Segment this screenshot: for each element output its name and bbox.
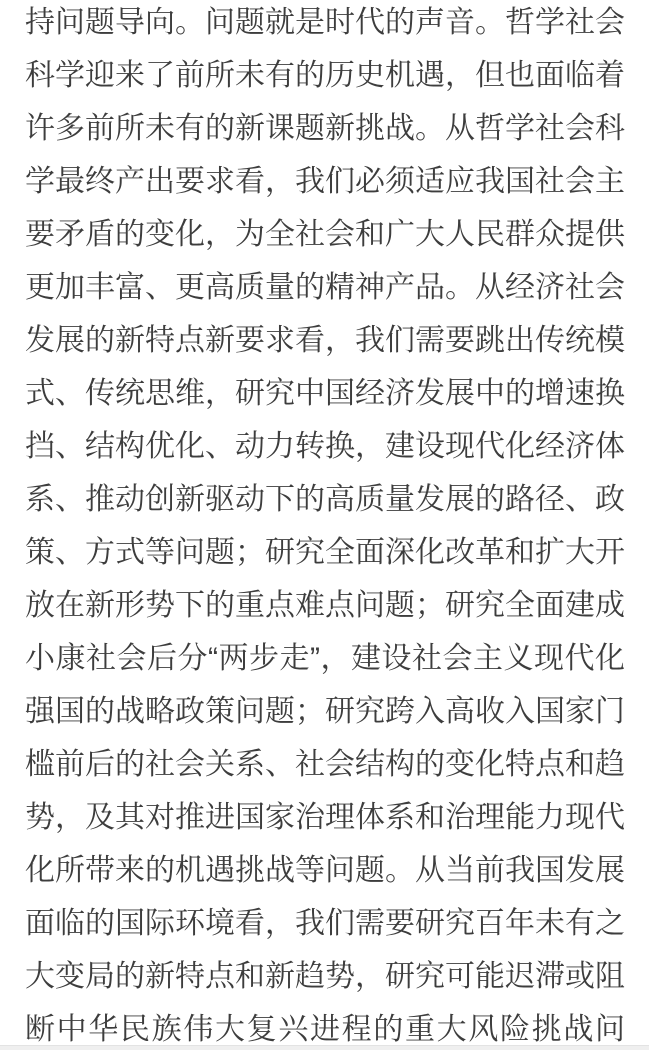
text-line: 势，及其对推进国家治理体系和治理能力现代 [25, 791, 625, 844]
text-line: 科学迎来了前所未有的历史机遇，但也面临着 [25, 49, 625, 102]
text-line: 持问题导向。问题就是时代的声音。哲学社会 [25, 0, 625, 49]
text-line: 更加丰富、更高质量的精神产品。从经济社会 [25, 261, 625, 314]
text-line: 放在新形势下的重点难点问题；研究全面建成 [25, 579, 625, 632]
text-line: 许多前所未有的新课题新挑战。从哲学社会科 [25, 102, 625, 155]
text-line: 学最终产出要求看，我们必须适应我国社会主 [25, 155, 625, 208]
article-page: 持问题导向。问题就是时代的声音。哲学社会科学迎来了前所未有的历史机遇，但也面临着… [0, 0, 649, 1050]
article-text: 持问题导向。问题就是时代的声音。哲学社会科学迎来了前所未有的历史机遇，但也面临着… [25, 0, 625, 1050]
text-line: 面临的国际环境看，我们需要研究百年未有之 [25, 897, 625, 950]
text-line: 发展的新特点新要求看，我们需要跳出传统模 [25, 314, 625, 367]
text-line: 要矛盾的变化，为全社会和广大人民群众提供 [25, 208, 625, 261]
text-line: 系、推动创新驱动下的高质量发展的路径、政 [25, 473, 625, 526]
text-line: 策、方式等问题；研究全面深化改革和扩大开 [25, 526, 625, 579]
text-line: 大变局的新特点和新趋势，研究可能迟滞或阻 [25, 950, 625, 1003]
text-line: 化所带来的机遇挑战等问题。从当前我国发展 [25, 844, 625, 897]
text-line: 小康社会后分“两步走”，建设社会主义现代化 [25, 632, 625, 685]
text-line: 强国的战略政策问题；研究跨入高收入国家门 [25, 685, 625, 738]
bottom-divider [0, 1045, 649, 1050]
text-line: 断中华民族伟大复兴进程的重大风险挑战问 [25, 1003, 625, 1050]
text-line: 槛前后的社会关系、社会结构的变化特点和趋 [25, 738, 625, 791]
text-line: 式、传统思维，研究中国经济发展中的增速换 [25, 367, 625, 420]
text-line: 挡、结构优化、动力转换，建设现代化经济体 [25, 420, 625, 473]
